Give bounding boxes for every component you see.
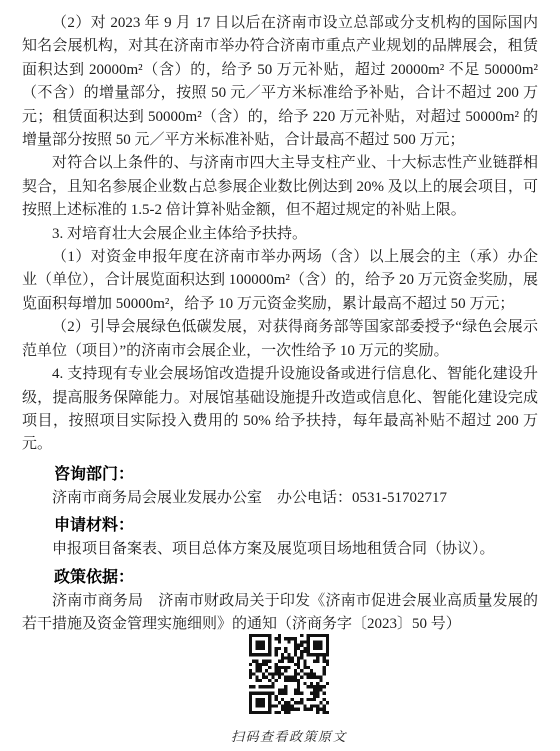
section-consult-department: 咨询部门： 济南市商务局会展业发展办公室 办公电话：0531-51702717 (22, 463, 538, 510)
qr-code-icon (249, 634, 329, 714)
qr-caption: 扫码查看政策原文 (18, 726, 560, 745)
paragraph-pillar-industry-bonus: 对符合以上条件的、与济南市四大主导支柱产业、十大标志性产业链群相契合，且知名参展… (22, 152, 538, 222)
section-application-materials: 申请材料： 申报项目备案表、项目总体方案及展览项目场地租赁合同（协议）。 (22, 514, 538, 561)
document-body: （2）对 2023 年 9 月 17 日以后在济南市设立总部或分支机构的国际国内… (22, 12, 538, 457)
application-materials-heading: 申请材料： (22, 514, 538, 538)
paragraph-rent-area-subsidy: （2）对 2023 年 9 月 17 日以后在济南市设立总部或分支机构的国际国内… (22, 12, 538, 152)
consult-department-body: 济南市商务局会展业发展办公室 办公电话：0531-51702717 (22, 487, 538, 510)
qr-code-image (249, 634, 329, 714)
section-policy-basis: 政策依据： 济南市商务局 济南市财政局关于印发《济南市促进会展业高质量发展的若干… (22, 566, 538, 637)
info-sections: 咨询部门： 济南市商务局会展业发展办公室 办公电话：0531-51702717 … (22, 463, 538, 637)
consult-department-heading: 咨询部门： (22, 463, 538, 487)
policy-basis-heading: 政策依据： (22, 566, 538, 590)
paragraph-item3-enterprise-support: 3. 对培育壮大会展企业主体给予扶持。 (22, 223, 538, 246)
application-materials-body: 申报项目备案表、项目总体方案及展览项目场地租赁合同（协议）。 (22, 538, 538, 561)
policy-document-page: （2）对 2023 年 9 月 17 日以后在济南市设立总部或分支机构的国际国内… (0, 0, 560, 751)
policy-basis-body: 济南市商务局 济南市财政局关于印发《济南市促进会展业高质量发展的若干措施及资金管… (22, 590, 538, 637)
qr-figure: 扫码查看政策原文 (0, 634, 560, 745)
paragraph-green-exhibition-reward: （2）引导会展绿色低碳发展，对获得商务部等国家部委授予“绿色会展示范单位（项目）… (22, 316, 538, 363)
paragraph-organizer-reward: （1）对资金申报年度在济南市举办两场（含）以上展会的主（承）办企业（单位），合计… (22, 246, 538, 316)
paragraph-item4-venue-upgrade: 4. 支持现有专业会展场馆改造提升设施设备或进行信息化、智能化建设升级，提高服务… (22, 363, 538, 457)
